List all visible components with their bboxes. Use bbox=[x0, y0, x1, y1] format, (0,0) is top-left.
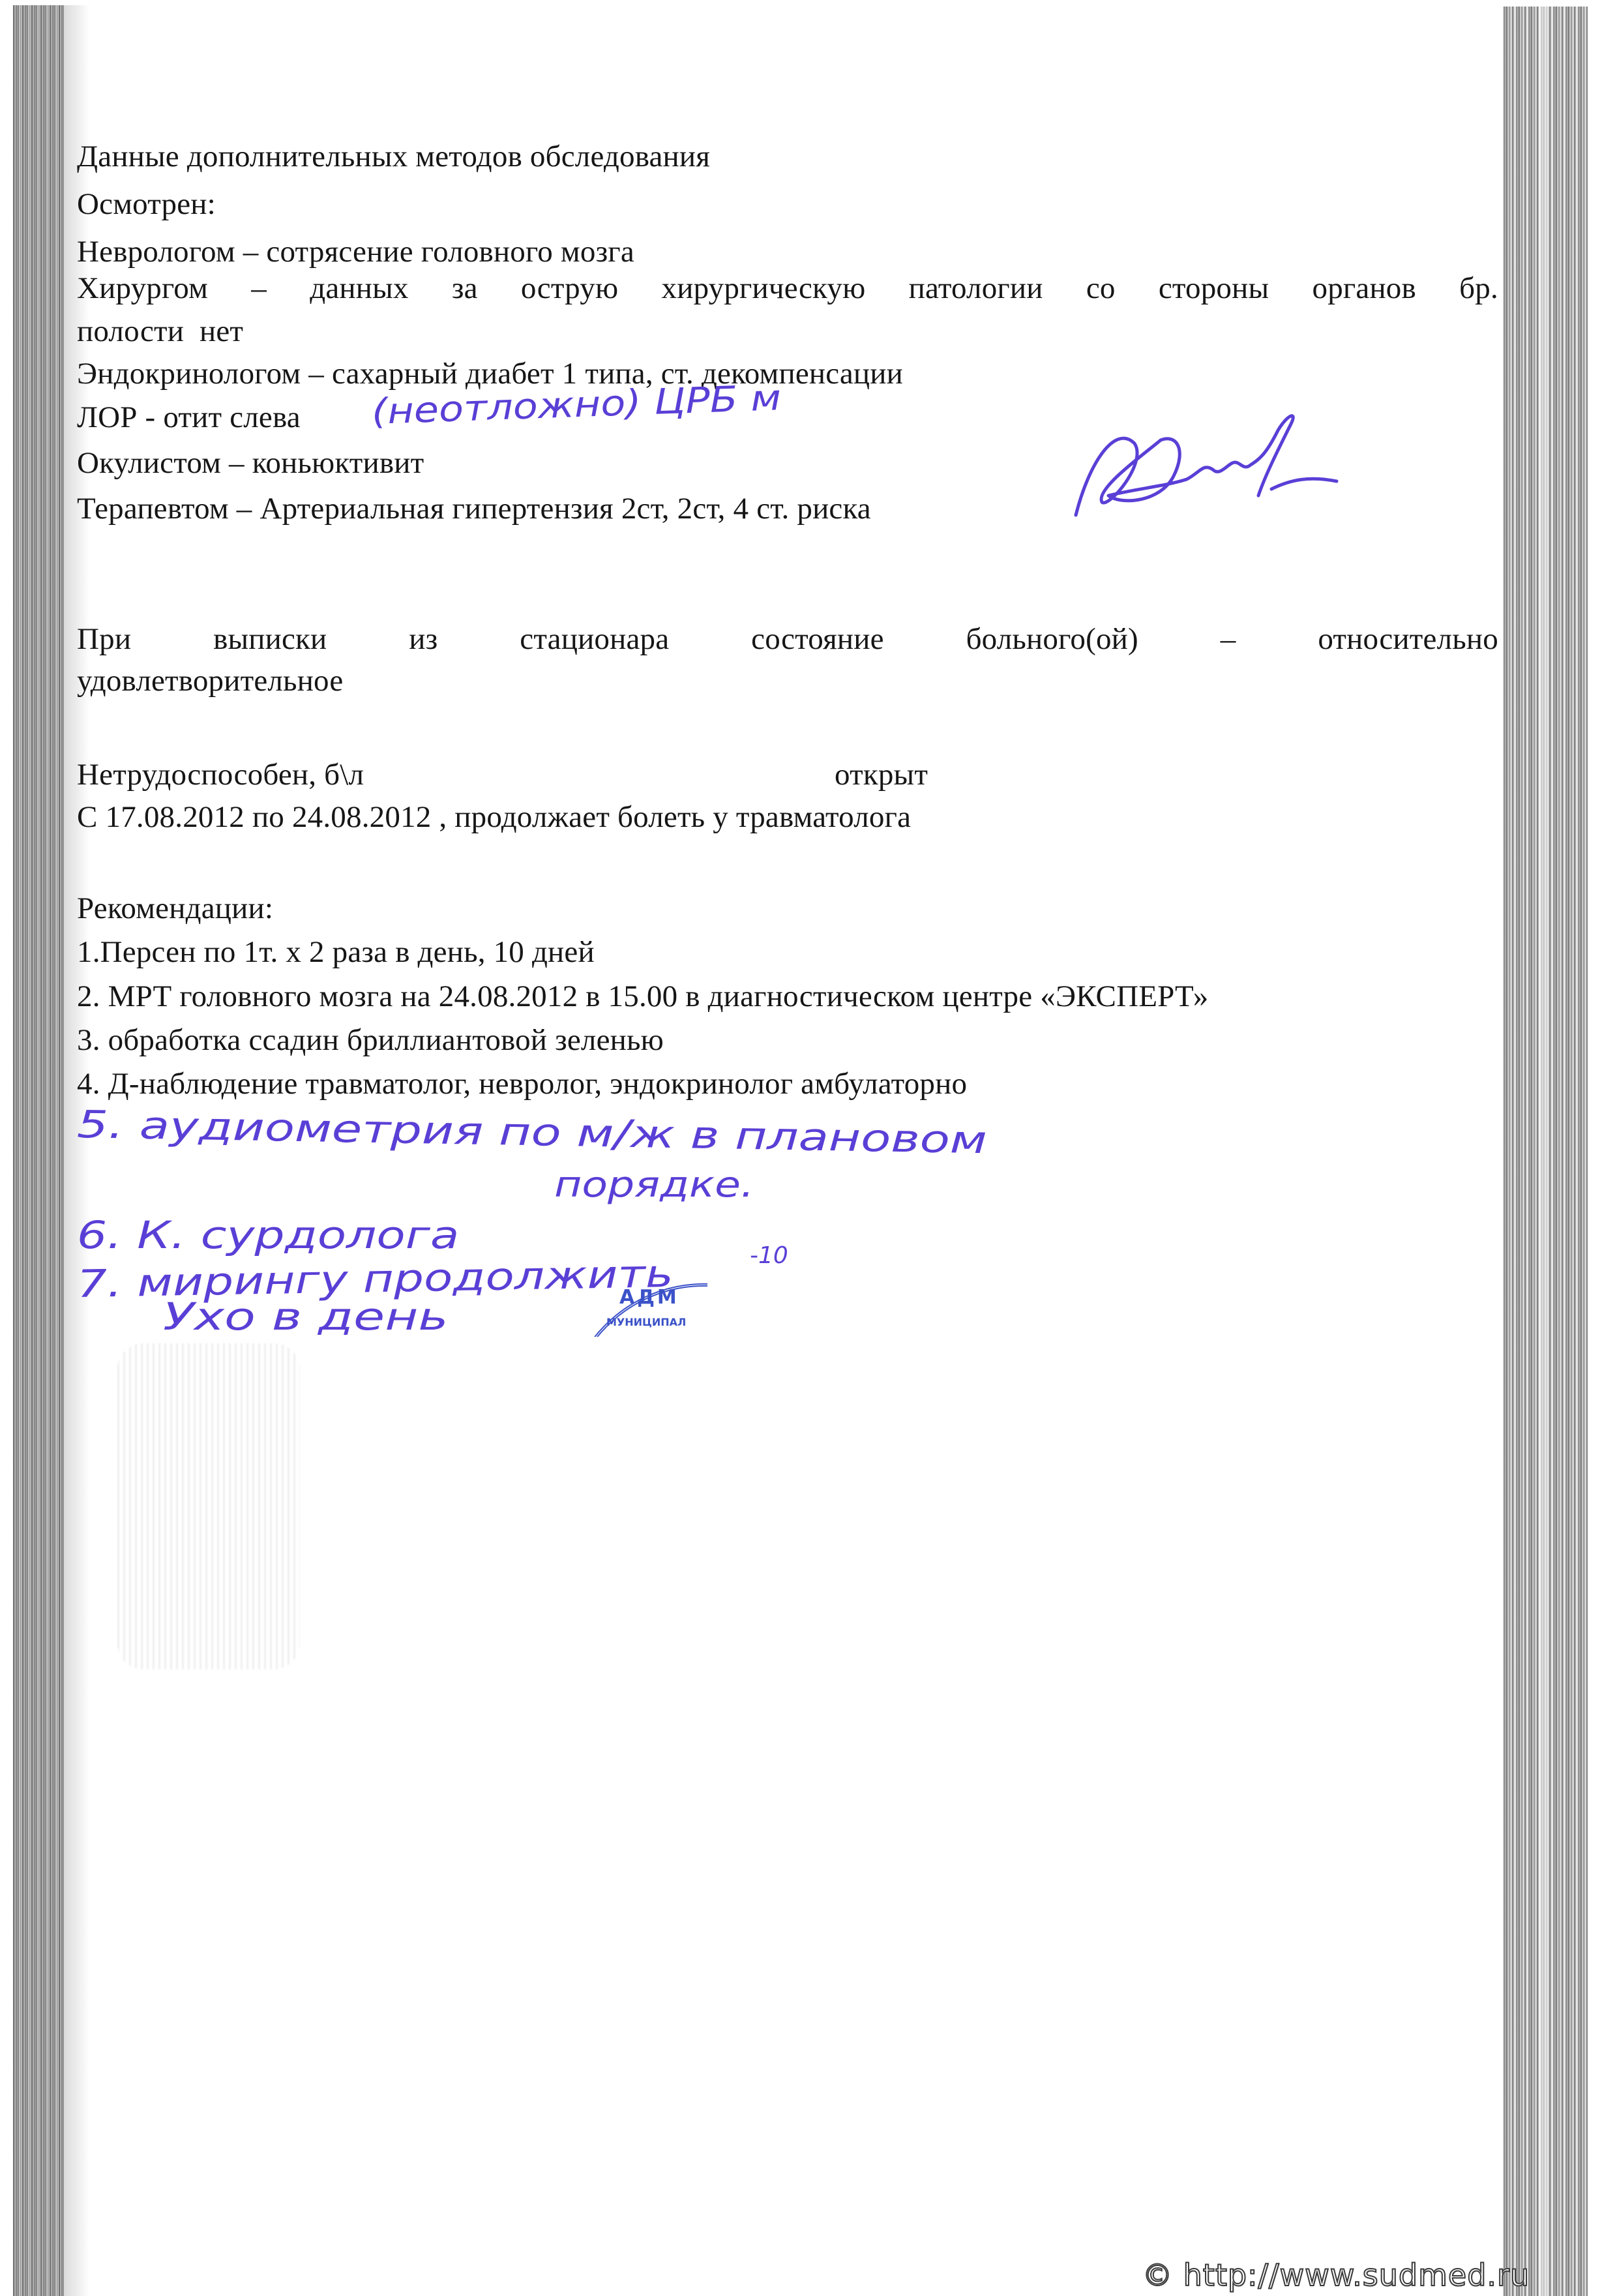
handwritten-item-6: 6. К. сурдолога bbox=[77, 1213, 459, 1257]
finding: отит слева bbox=[163, 400, 300, 434]
word: стороны bbox=[1159, 270, 1269, 306]
specialist-name: Терапевтом bbox=[77, 492, 229, 526]
consultation-ent: ЛОР - отит слева bbox=[77, 399, 301, 436]
word: хирургическую bbox=[662, 270, 866, 306]
separator: – bbox=[229, 446, 245, 480]
handwritten-item-7-line-2: Ухо в день bbox=[163, 1294, 449, 1339]
separator: – bbox=[243, 235, 259, 269]
specialist-name: ЛОР bbox=[77, 400, 138, 434]
official-stamp: АДМ МУНИЦИПАЛ bbox=[557, 1278, 707, 1337]
consultation-therapist: Терапевтом – Артериальная гипертензия 2с… bbox=[77, 490, 871, 527]
handwritten-item-5-line-1: 5. аудиометрия по м/ж в плановом bbox=[76, 1102, 987, 1162]
word: бр. bbox=[1459, 270, 1498, 306]
consultation-ophthalmologist: Окулистом – коньюктивит bbox=[77, 445, 424, 481]
surgeon-finding-cont: полости нет bbox=[77, 313, 243, 350]
word: за bbox=[452, 270, 478, 306]
specialist-name: Хирургом bbox=[77, 270, 208, 306]
separator: – bbox=[251, 270, 267, 306]
section-title: Данные дополнительных методов обследован… bbox=[77, 138, 710, 175]
consultation-neurologist: Неврологом – сотрясение головного мозга bbox=[77, 233, 634, 270]
finding: Артериальная гипертензия 2ст, 2ст, 4 ст.… bbox=[260, 492, 870, 526]
consultation-surgeon: Хирургом – данных за острую хирургическу… bbox=[77, 270, 1498, 306]
sick-leave-period: С 17.08.2012 по 24.08.2012 , продолжает … bbox=[77, 799, 911, 835]
faded-stamp-imprint bbox=[117, 1343, 300, 1669]
word: данных bbox=[310, 270, 408, 306]
word: При bbox=[77, 621, 131, 657]
doctor-signature bbox=[1063, 404, 1350, 535]
word: острую bbox=[521, 270, 618, 306]
word: выписки bbox=[213, 621, 327, 657]
recommendation-item: 2. МРТ головного мозга на 24.08.2012 в 1… bbox=[77, 978, 1208, 1015]
recommendation-item: 4. Д-наблюдение травматолог, невролог, э… bbox=[77, 1066, 967, 1102]
separator: – bbox=[308, 357, 324, 391]
word: патологии bbox=[909, 270, 1043, 306]
finding: коньюктивит bbox=[252, 446, 424, 480]
sick-leave-status: открыт bbox=[835, 756, 928, 793]
word: состояние bbox=[751, 621, 884, 657]
copyright-watermark: © http://www.sudmed.ru bbox=[1142, 2258, 1530, 2293]
specialist-name: Окулистом bbox=[77, 446, 221, 480]
word: органов bbox=[1313, 270, 1416, 306]
word: больного(ой) bbox=[966, 621, 1138, 657]
stamp-text: АДМ bbox=[619, 1286, 679, 1309]
discharge-state-cont: удовлетворительное bbox=[77, 663, 343, 699]
specialist-name: Неврологом bbox=[77, 235, 235, 269]
separator: – bbox=[237, 492, 252, 526]
stamp-subtext: МУНИЦИПАЛ bbox=[606, 1316, 686, 1328]
word: со bbox=[1086, 270, 1116, 306]
word: относительно bbox=[1318, 621, 1498, 657]
examined-label: Осмотрен: bbox=[77, 186, 216, 222]
separator: - bbox=[145, 400, 156, 434]
handwritten-item-5-line-2: порядке. bbox=[554, 1164, 754, 1205]
recommendation-item: 1.Персен по 1т. х 2 раза в день, 10 дней bbox=[77, 934, 595, 970]
specialist-name: Эндокринологом bbox=[77, 357, 301, 391]
handwritten-item-7-suffix: -10 bbox=[750, 1242, 788, 1269]
recommendations-title: Рекомендации: bbox=[77, 890, 273, 927]
discharge-state: При выписки из стационара состояние боль… bbox=[77, 621, 1498, 657]
word: из bbox=[409, 621, 438, 657]
word: стационара bbox=[520, 621, 669, 657]
recommendation-item: 3. обработка ссадин бриллиантовой зелень… bbox=[77, 1022, 664, 1058]
sick-leave-label: Нетрудоспособен, б\л bbox=[77, 756, 364, 793]
scan-edge-left bbox=[13, 5, 64, 2296]
finding: сотрясение головного мозга bbox=[266, 235, 634, 269]
scan-edge-right-gap bbox=[1539, 7, 1548, 2296]
word: – bbox=[1221, 621, 1236, 657]
